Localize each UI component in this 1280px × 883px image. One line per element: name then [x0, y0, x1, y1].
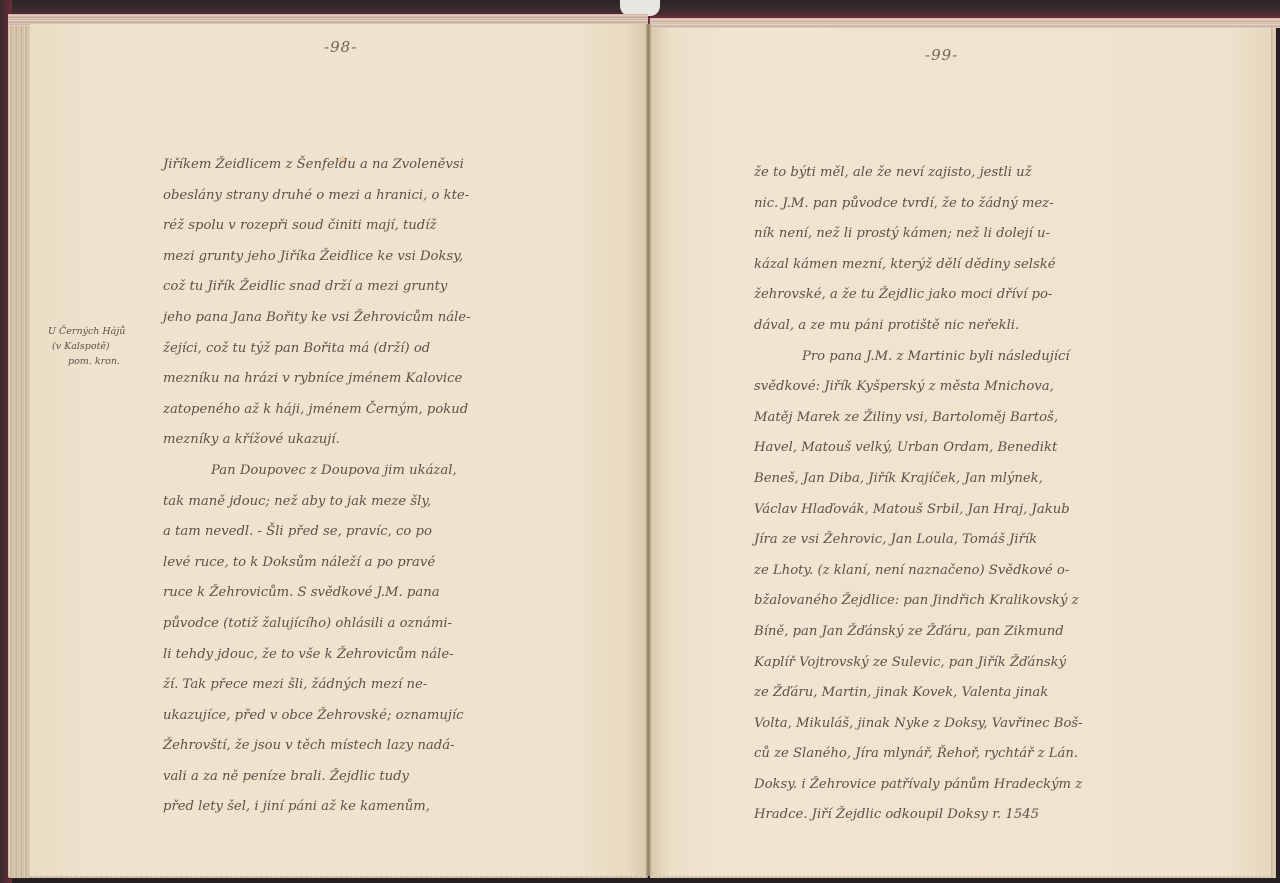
text-line: Beneš, Jan Diba, Jiřík Krajíček, Jan mlý… — [754, 464, 1083, 495]
text-line: Kaplíř Vojtrovský ze Sulevic, pan Jiřík … — [754, 648, 1083, 679]
text-line: žejíci, což tu týž pan Bořita má (drží) … — [163, 334, 471, 365]
right-page: -99- že to býti měl, ale že neví zajisto… — [651, 28, 1272, 876]
text-line: svědkové: Jiřík Kyšperský z města Mnicho… — [754, 372, 1083, 403]
text-line: před lety šel, i jiní páni až ke kamenům… — [163, 792, 471, 823]
text-line: dával, a ze mu páni protiště nic neřekli… — [754, 311, 1083, 342]
text-line: Volta, Mikuláš, jinak Nyke z Doksy, Vavř… — [754, 709, 1083, 740]
text-line: ukazujíce, před v obce Žehrovské; oznamu… — [163, 701, 471, 732]
margin-note-line: U Černých Hájů — [48, 324, 125, 339]
text-line: tak maně jdouc; než aby to jak meze šly, — [163, 487, 471, 518]
text-line: Václav Hlaďovák, Matouš Srbil, Jan Hraj,… — [754, 495, 1083, 526]
text-line: ze Žďáru, Martin, jinak Kovek, Valenta j… — [754, 678, 1083, 709]
text-line: ží. Tak přece mezi šli, žádných mezí ne- — [163, 670, 471, 701]
text-line: Bíně, pan Jan Žďánský ze Žďáru, pan Zikm… — [754, 617, 1083, 648]
text-line: bžalovaného Žejdlice: pan Jindřich Krali… — [754, 586, 1083, 617]
text-line: Žehrovští, že jsou v těch místech lazy n… — [163, 731, 471, 762]
text-line: obeslány strany druhé o mezi a hranici, … — [163, 181, 471, 212]
text-line: původce (totiž žalujícího) ohlásili a oz… — [163, 609, 471, 640]
right-page-stack-top — [650, 18, 1280, 28]
text-line: Hradce. Jiří Žejdlic odkoupil Doksy r. 1… — [754, 800, 1083, 831]
text-line: mezníku na hrázi v rybníce jménem Kalovi… — [163, 364, 471, 395]
text-line: Havel, Matouš velký, Urban Ordam, Benedi… — [754, 433, 1083, 464]
text-line: ník není, než li prostý kámen; než li do… — [754, 219, 1083, 250]
text-line: zatopeného až k háji, jménem Černým, pok… — [163, 395, 471, 426]
text-line: réž spolu v rozepři soud činiti mají, tu… — [163, 211, 471, 242]
page-number-left: -98- — [324, 38, 357, 56]
page-number-right: -99- — [925, 46, 958, 64]
margin-note-line: (v Kalspotě) — [48, 339, 125, 354]
right-page-body: že to býti měl, ale že neví zajisto, jes… — [754, 158, 1083, 831]
text-line: ruce k Žehrovicům. S svědkové J.M. pana — [163, 578, 471, 609]
text-line: nic. J.M. pan původce tvrdí, že to žádný… — [754, 189, 1083, 220]
text-line: ze Lhoty. (z klaní, není naznačeno) Svěd… — [754, 556, 1083, 587]
margin-note-line: pom. kron. — [48, 354, 125, 369]
text-line: vali a za ně peníze brali. Žejdlic tudy — [163, 762, 471, 793]
text-line: že to býti měl, ale že neví zajisto, jes… — [754, 158, 1083, 189]
text-line: a tam nevedl. - Šli před se, pravíc, co … — [163, 517, 471, 548]
paragraph-start-line: Pan Doupovec z Doupova jim ukázal, — [163, 456, 471, 487]
text-line: Jiříkem Žeidlicem z Šenfeldu a na Zvolen… — [163, 150, 471, 181]
left-page-body: Jiříkem Žeidlicem z Šenfeldu a na Zvolen… — [163, 150, 471, 823]
text-line: Matěj Marek ze Žiliny vsi, Bartoloměj Ba… — [754, 403, 1083, 434]
margin-note: U Černých Hájů (v Kalspotě) pom. kron. — [48, 324, 125, 369]
text-line: mezi grunty jeho Jiříka Žeidlice ke vsi … — [163, 242, 471, 273]
text-line: li tehdy jdouc, že to vše k Žehrovicům n… — [163, 640, 471, 671]
text-line: ců ze Slaného, Jíra mlynář, Řehoř, rycht… — [754, 739, 1083, 770]
paragraph-start-line: Pro pana J.M. z Martinic byli následujíc… — [754, 342, 1083, 373]
text-line: Doksy. i Žehrovice patřívaly pánům Hrade… — [754, 770, 1083, 801]
text-line: kázal kámen mezní, kterýž dělí dědiny se… — [754, 250, 1083, 281]
left-page: -98- U Černých Hájů (v Kalspotě) pom. kr… — [30, 24, 646, 876]
book-scan-scene: -98- U Černých Hájů (v Kalspotě) pom. kr… — [0, 0, 1280, 883]
text-line: což tu Jiřík Žeidlic snad drží a mezi gr… — [163, 272, 471, 303]
text-line: levé ruce, to k Doksům náleží a po pravé — [163, 548, 471, 579]
text-line: mezníky a křížové ukazují. — [163, 425, 471, 456]
text-line: jeho pana Jana Bořity ke vsi Žehrovicům … — [163, 303, 471, 334]
text-line: žehrovské, a že tu Žejdlic jako moci dří… — [754, 280, 1083, 311]
text-line: Jíra ze vsi Žehrovic, Jan Loula, Tomáš J… — [754, 525, 1083, 556]
